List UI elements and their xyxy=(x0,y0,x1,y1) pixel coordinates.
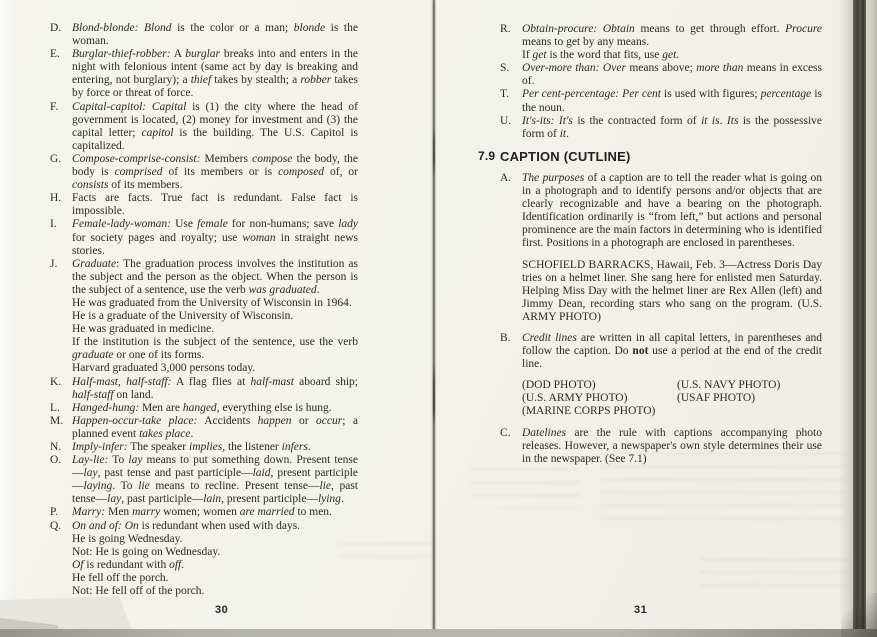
entry-paragraph: Blond-blonde: Blond is the color or a ma… xyxy=(72,22,358,48)
entry-letter: G. xyxy=(50,153,72,166)
book-spine xyxy=(433,0,435,637)
entry-paragraph: Lay-lie: To lay means to put something d… xyxy=(72,454,358,506)
entry-O: O.Lay-lie: To lay means to put something… xyxy=(50,454,358,506)
credit-row: (DOD PHOTO)(U.S. NAVY PHOTO) xyxy=(522,379,822,392)
entry-paragraph: He is going Wednesday. xyxy=(72,533,358,546)
entry-body: Over-more than: Over means above; more t… xyxy=(522,62,822,88)
entry-N: N.Imply-infer: The speaker implies, the … xyxy=(50,441,358,454)
entry-paragraph: It's-its: It's is the contracted form of… xyxy=(522,115,822,141)
entry-paragraph: Not: He fell off of the porch. xyxy=(72,585,358,598)
credit-line: (DOD PHOTO) xyxy=(522,379,677,392)
entry-C: C.Datelines are the rule with captions a… xyxy=(500,427,822,466)
scanned-book-spread: D.Blond-blonde: Blond is the color or a … xyxy=(0,0,877,637)
entry-letter: U. xyxy=(500,115,522,128)
entry-D: D.Blond-blonde: Blond is the color or a … xyxy=(50,22,358,48)
entry-paragraph: Happen-occur-take place: Accidents happe… xyxy=(72,415,358,441)
entry-L: L.Hanged-hung: Men are hanged, everythin… xyxy=(50,402,358,415)
page-left-edge-highlight xyxy=(0,0,16,637)
entry-A: A.The purposes of a caption are to tell … xyxy=(500,172,822,332)
entry-body: Facts are facts. True fact is redundant.… xyxy=(72,192,358,218)
entry-S: S.Over-more than: Over means above; more… xyxy=(500,62,822,88)
entry-body: Obtain-procure: Obtain means to get thro… xyxy=(522,23,822,62)
credit-row: (U.S. ARMY PHOTO)(USAF PHOTO) xyxy=(522,392,822,405)
entry-body: Blond-blonde: Blond is the color or a ma… xyxy=(72,22,358,48)
credit-line xyxy=(677,405,822,418)
entry-R: R.Obtain-procure: Obtain means to get th… xyxy=(500,23,822,62)
entry-paragraph: Not: He is going on Wednesday. xyxy=(72,546,358,559)
entry-paragraph: Over-more than: Over means above; more t… xyxy=(522,62,822,88)
page-edge-stack-light xyxy=(866,0,877,637)
entry-body: Burglar-thief-robber: A burglar breaks i… xyxy=(72,48,358,100)
entry-body: Capital-capitol: Capital is (1) the city… xyxy=(72,101,358,153)
entry-letter: N. xyxy=(50,441,72,454)
scan-bottom-shadow xyxy=(0,629,877,637)
entry-F: F.Capital-capitol: Capital is (1) the ci… xyxy=(50,101,358,153)
entry-paragraph: He was graduated from the University of … xyxy=(72,297,358,310)
entry-paragraph: He is a graduate of the University of Wi… xyxy=(72,310,358,323)
entry-paragraph: Graduate: The graduation process involve… xyxy=(72,258,358,297)
entry-letter: F. xyxy=(50,101,72,114)
entry-letter: P. xyxy=(50,506,72,519)
entry-paragraph: The purposes of a caption are to tell th… xyxy=(522,172,822,251)
entry-paragraph: Imply-infer: The speaker implies, the li… xyxy=(72,441,358,454)
entry-body: Marry: Men marry women; women are marrie… xyxy=(72,506,358,519)
page-number-right: 31 xyxy=(634,604,647,616)
entry-paragraph: Half-mast, half-staff: A flag flies at h… xyxy=(72,376,358,402)
page-number-left: 30 xyxy=(215,604,228,616)
entry-body: The purposes of a caption are to tell th… xyxy=(522,172,822,332)
page-edge-stack-dark xyxy=(853,0,866,637)
caption-rules-entries-a-to-c: A.The purposes of a caption are to tell … xyxy=(478,172,822,466)
entry-paragraph: If the institution is the subject of the… xyxy=(72,336,358,362)
bleed-through-ghost xyxy=(470,468,580,508)
entry-letter: D. xyxy=(50,22,72,35)
entry-paragraph: Obtain-procure: Obtain means to get thro… xyxy=(522,23,822,49)
entry-letter: B. xyxy=(500,332,522,345)
entry-paragraph: Hanged-hung: Men are hanged, everything … xyxy=(72,402,358,415)
entry-letter: I. xyxy=(50,218,72,231)
entry-body: Credit lines are written in all capital … xyxy=(522,332,822,427)
entry-body: Datelines are the rule with captions acc… xyxy=(522,427,822,466)
entry-body: Female-lady-woman: Use female for non-hu… xyxy=(72,218,358,257)
entry-letter: K. xyxy=(50,376,72,389)
entry-letter: C. xyxy=(500,427,522,440)
entry-body: Half-mast, half-staff: A flag flies at h… xyxy=(72,376,358,402)
entry-letter: S. xyxy=(500,62,522,75)
bleed-through-ghost xyxy=(700,558,850,588)
right-page-text-block: R.Obtain-procure: Obtain means to get th… xyxy=(478,23,822,466)
entry-body: Graduate: The graduation process involve… xyxy=(72,258,358,376)
entry-letter: A. xyxy=(500,172,522,185)
entry-E: E.Burglar-thief-robber: A burglar breaks… xyxy=(50,48,358,100)
entry-B: B.Credit lines are written in all capita… xyxy=(500,332,822,427)
entry-paragraph: He fell off the porch. xyxy=(72,572,358,585)
entry-letter: M. xyxy=(50,415,72,428)
word-usage-entries-r-to-u: R.Obtain-procure: Obtain means to get th… xyxy=(478,23,822,141)
entry-letter: Q. xyxy=(50,520,72,533)
entry-I: I.Female-lady-woman: Use female for non-… xyxy=(50,218,358,257)
section-number: 7.9 xyxy=(478,150,500,163)
entry-paragraph: Compose-comprise-consist: Members compos… xyxy=(72,153,358,192)
entry-paragraph: Per cent-percentage: Per cent is used wi… xyxy=(522,88,822,114)
entry-H: H.Facts are facts. True fact is redundan… xyxy=(50,192,358,218)
credit-row: (MARINE CORPS PHOTO) xyxy=(522,405,822,418)
entry-paragraph: If get is the word that fits, use get. xyxy=(522,49,822,62)
entry-body: Hanged-hung: Men are hanged, everything … xyxy=(72,402,358,415)
entry-paragraph: Female-lady-woman: Use female for non-hu… xyxy=(72,218,358,257)
entry-paragraph: Marry: Men marry women; women are marrie… xyxy=(72,506,358,519)
word-usage-entries-d-to-q: D.Blond-blonde: Blond is the color or a … xyxy=(50,22,358,598)
entry-letter: J. xyxy=(50,258,72,271)
section-title: CAPTION (CUTLINE) xyxy=(500,150,822,163)
credit-line: (MARINE CORPS PHOTO) xyxy=(522,405,677,418)
entry-J: J.Graduate: The graduation process invol… xyxy=(50,258,358,376)
entry-body: It's-its: It's is the contracted form of… xyxy=(522,115,822,141)
credit-line: (USAF PHOTO) xyxy=(677,392,822,405)
entry-paragraph: Harvard graduated 3,000 persons today. xyxy=(72,362,358,375)
entry-letter: O. xyxy=(50,454,72,467)
entry-Q: Q.On and of: On is redundant when used w… xyxy=(50,520,358,599)
entry-letter: T. xyxy=(500,88,522,101)
entry-letter: R. xyxy=(500,23,522,36)
entry-body: Happen-occur-take place: Accidents happe… xyxy=(72,415,358,441)
entry-paragraph: Datelines are the rule with captions acc… xyxy=(522,427,822,466)
credit-lines-block: (DOD PHOTO)(U.S. NAVY PHOTO)(U.S. ARMY P… xyxy=(522,379,822,418)
credit-line: (U.S. ARMY PHOTO) xyxy=(522,392,677,405)
entry-paragraph: Burglar-thief-robber: A burglar breaks i… xyxy=(72,48,358,100)
left-page-text-block: D.Blond-blonde: Blond is the color or a … xyxy=(50,22,358,598)
entry-paragraph: He was graduated in medicine. xyxy=(72,323,358,336)
entry-paragraph: Facts are facts. True fact is redundant.… xyxy=(72,192,358,218)
entry-paragraph: Credit lines are written in all capital … xyxy=(522,332,822,371)
entry-P: P.Marry: Men marry women; women are marr… xyxy=(50,506,358,519)
entry-paragraph: On and of: On is redundant when used wit… xyxy=(72,520,358,533)
entry-G: G.Compose-comprise-consist: Members comp… xyxy=(50,153,358,192)
entry-body: On and of: On is redundant when used wit… xyxy=(72,520,358,599)
entry-body: Per cent-percentage: Per cent is used wi… xyxy=(522,88,822,114)
caption-example: SCHOFIELD BARRACKS, Hawaii, Feb. 3—Actre… xyxy=(522,259,822,324)
bottom-right-corner-shadow xyxy=(841,593,877,637)
entry-K: K.Half-mast, half-staff: A flag flies at… xyxy=(50,376,358,402)
section-heading: 7.9 CAPTION (CUTLINE) xyxy=(478,150,822,163)
entry-body: Lay-lie: To lay means to put something d… xyxy=(72,454,358,506)
right-page-curve-shadow xyxy=(839,0,853,637)
entry-T: T.Per cent-percentage: Per cent is used … xyxy=(500,88,822,114)
entry-U: U.It's-its: It's is the contracted form … xyxy=(500,115,822,141)
entry-letter: E. xyxy=(50,48,72,61)
entry-body: Compose-comprise-consist: Members compos… xyxy=(72,153,358,192)
entry-paragraph: Of is redundant with off. xyxy=(72,559,358,572)
credit-line: (U.S. NAVY PHOTO) xyxy=(677,379,822,392)
entry-M: M.Happen-occur-take place: Accidents hap… xyxy=(50,415,358,441)
entry-paragraph: Capital-capitol: Capital is (1) the city… xyxy=(72,101,358,153)
entry-letter: H. xyxy=(50,192,72,205)
entry-body: Imply-infer: The speaker implies, the li… xyxy=(72,441,358,454)
entry-letter: L. xyxy=(50,402,72,415)
